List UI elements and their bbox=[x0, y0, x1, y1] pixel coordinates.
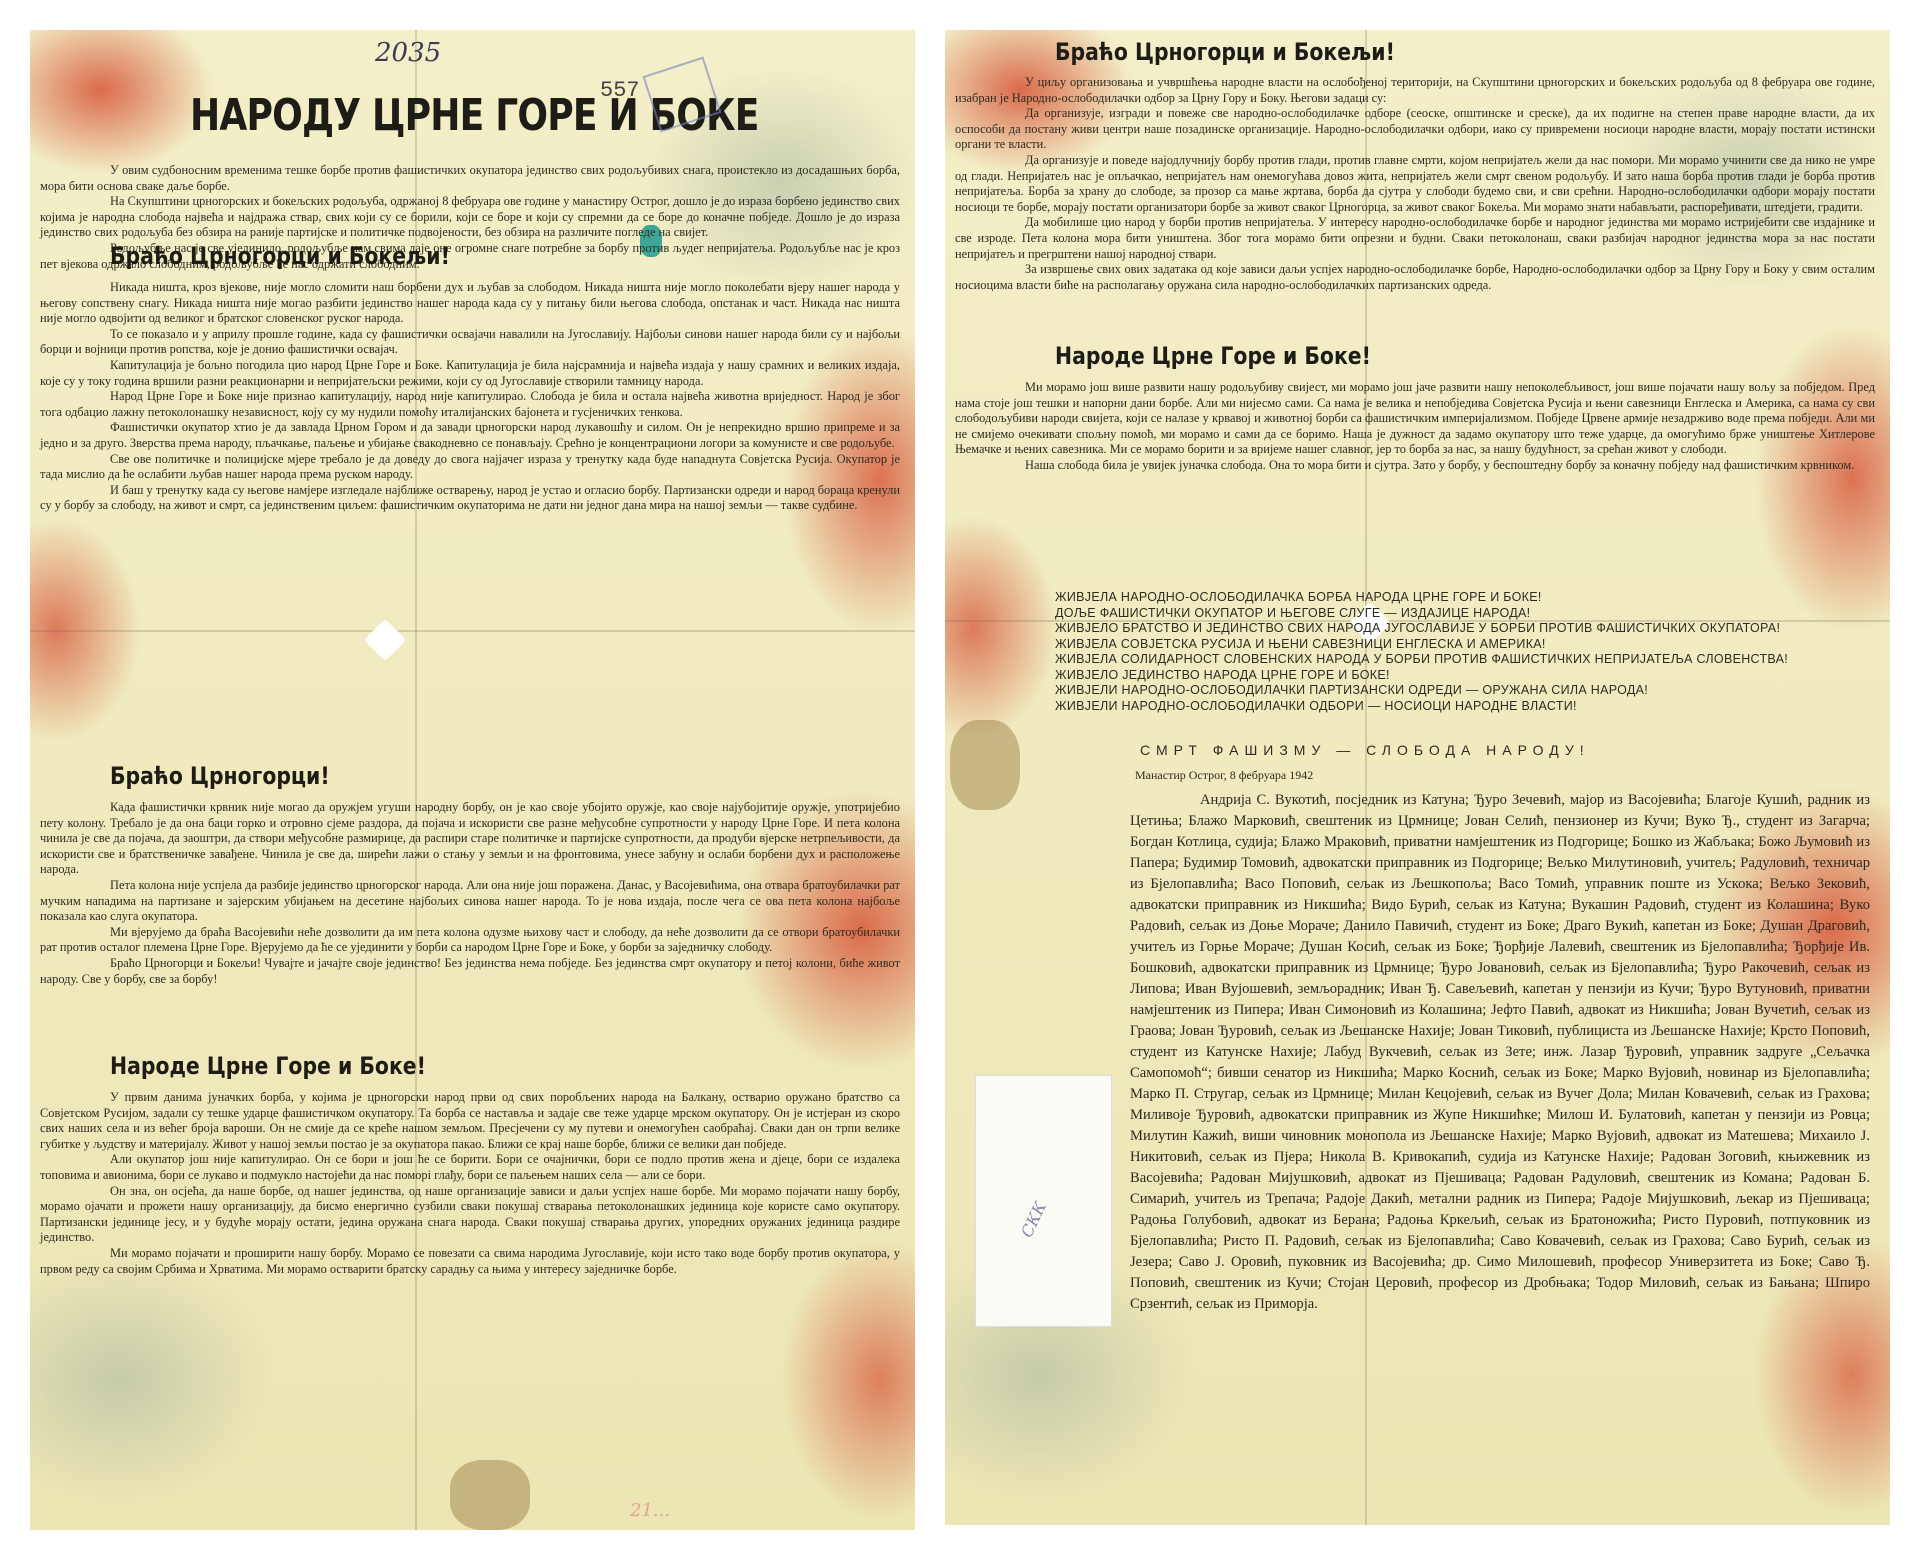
paragraph: Да организује, изгради и повеже све наро… bbox=[955, 106, 1875, 153]
paragraph: Да мобилише цио народ у борби против неп… bbox=[955, 215, 1875, 262]
slogan: ДОЉЕ ФАШИСТИЧКИ ОКУПАТОР И ЊЕГОВЕ СЛУГЕ … bbox=[985, 606, 1865, 622]
paragraph: Али окупатор још није капитулирао. Он се… bbox=[40, 1152, 900, 1183]
paragraph: Браћо Црногорци и Бокељи! Чувајте и јача… bbox=[40, 956, 900, 987]
paragraph: То се показало и у априлу прошле године,… bbox=[40, 327, 900, 358]
paragraph: Ми морамо појачати и проширити нашу борб… bbox=[40, 1246, 900, 1277]
archive-slip bbox=[975, 1075, 1112, 1327]
paper-hole bbox=[364, 619, 406, 661]
paragraph: За извршење свих ових задатака од које з… bbox=[955, 262, 1875, 293]
stain bbox=[950, 720, 1020, 810]
paragraph: Пета колона није успјела да разбије једи… bbox=[40, 878, 900, 925]
paragraph: Да организује и поведе најодлучнију борб… bbox=[955, 153, 1875, 215]
fold-line bbox=[30, 630, 915, 632]
section-text: Ми морамо још више развити нашу родољуби… bbox=[955, 380, 1875, 474]
paragraph: У циљу организовања и учвршћења народне … bbox=[955, 75, 1875, 106]
section-text: Никада ништа, кроз вјекове, није могло с… bbox=[40, 280, 900, 514]
paragraph: Све ове политичке и полицијске мјере тре… bbox=[40, 452, 900, 483]
stain bbox=[450, 1460, 530, 1530]
section-text: У циљу организовања и учвршћења народне … bbox=[955, 75, 1875, 293]
document-number: 557 bbox=[600, 78, 640, 103]
paragraph: Народ Црне Горе и Боке није признао капи… bbox=[40, 389, 900, 420]
slogan: ЖИВЈЕЛИ НАРОДНО-ОСЛОБОДИЛАЧКИ ПАРТИЗАНСК… bbox=[985, 683, 1865, 699]
slogan: ЖИВЈЕЛИ НАРОДНО-ОСЛОБОДИЛАЧКИ ОДБОРИ — Н… bbox=[985, 699, 1865, 715]
section-text: У првим данима јуначких борба, у којима … bbox=[40, 1090, 900, 1277]
scan-page-1: 2035 НАРОДУ ЦРНЕ ГОРЕ И БОКЕ 557 У овим … bbox=[30, 30, 915, 1530]
scan-page-2: Браћо Црногорци и Бокељи! У циљу организ… bbox=[945, 30, 1890, 1525]
paragraph: У првим данима јуначких борба, у којима … bbox=[40, 1090, 900, 1152]
paragraph: Ми вјерујемо да браћа Васојевићи неће до… bbox=[40, 925, 900, 956]
section-heading: Народе Црне Горе и Боке! bbox=[1055, 342, 1371, 370]
paragraph: Ми морамо још више развити нашу родољуби… bbox=[955, 380, 1875, 458]
paragraph: Фашистички окупатор хтио је да завлада Ц… bbox=[40, 420, 900, 451]
pencil-note: 21... bbox=[630, 1500, 670, 1521]
paragraph: Наша слобода била је увијек јуначка слоб… bbox=[955, 458, 1875, 474]
archive-number: 2035 bbox=[375, 38, 441, 68]
signatories-list: Андрија С. Вукотић, посједник из Катуна;… bbox=[1130, 790, 1870, 1315]
section-heading: Браћо Црногорци и Бокељи! bbox=[1055, 38, 1395, 66]
paragraph: И баш у тренутку када су његове намјере … bbox=[40, 483, 900, 514]
motto: СМРТ ФАШИЗМУ — СЛОБОДА НАРОДУ! bbox=[1140, 742, 1590, 758]
paragraph: Никада ништа, кроз вјекове, није могло с… bbox=[40, 280, 900, 327]
slogan: ЖИВЈЕЛО БРАТСТВО И ЈЕДИНСТВО СВИХ НАРОДА… bbox=[985, 621, 1865, 637]
paragraph: Капитулација је бољно погодила цио народ… bbox=[40, 358, 900, 389]
paragraph: У овим судбоносним временима тешке борбе… bbox=[40, 163, 900, 194]
slogan: ЖИВЈЕЛА СОЛИДАРНОСТ СЛОВЕНСКИХ НАРОДА У … bbox=[985, 652, 1865, 668]
slogan: ЖИВЈЕЛО ЈЕДИНСТВО НАРОДА ЦРНЕ ГОРЕ И БОК… bbox=[985, 668, 1865, 684]
slogan: ЖИВЈЕЛА СОВЈЕТСКА РУСИЈА И ЊЕНИ САВЕЗНИЦ… bbox=[985, 637, 1865, 653]
paragraph: Када фашистички крвник није могао да ору… bbox=[40, 800, 900, 878]
slogan: ЖИВЈЕЛА НАРОДНО-ОСЛОБОДИЛАЧКА БОРБА НАРО… bbox=[985, 590, 1865, 606]
paragraph: Он зна, он осјећа, да наше борбе, од наш… bbox=[40, 1184, 900, 1246]
section-heading: Народе Црне Горе и Боке! bbox=[110, 1052, 426, 1080]
section-heading: Браћо Црногорци! bbox=[110, 762, 330, 790]
slogans-list: ЖИВЈЕЛА НАРОДНО-ОСЛОБОДИЛАЧКА БОРБА НАРО… bbox=[985, 590, 1865, 714]
paragraph: На Скупштини црногорских и бокељских род… bbox=[40, 194, 900, 241]
section-text: Када фашистички крвник није могао да ору… bbox=[40, 800, 900, 987]
section-heading: Браћо Црногорци и Бокељи! bbox=[110, 242, 450, 270]
place-date: Манастир Острог, 8 фебруара 1942 bbox=[1135, 768, 1313, 783]
